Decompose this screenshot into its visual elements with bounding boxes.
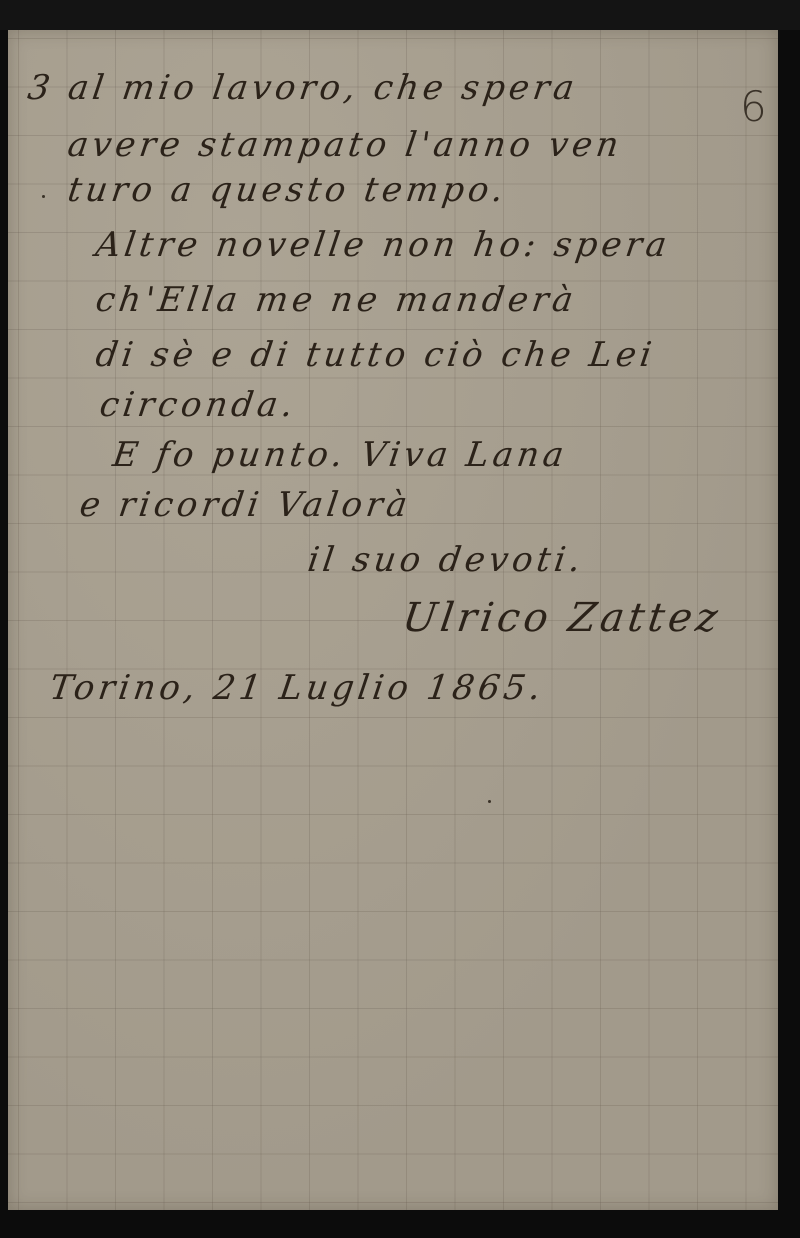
letter-signature: Ulrico Zattez (400, 595, 725, 641)
letter-line-7: circonda. (97, 385, 299, 425)
scan-border-top (0, 0, 800, 30)
ink-speck (488, 800, 491, 803)
letter-line-1: 3 al mio lavoro, che spera (25, 68, 580, 108)
ink-speck (42, 195, 45, 198)
folio-number: 6 (740, 82, 767, 131)
letter-place-date: Torino, 21 Luglio 1865. (47, 668, 547, 708)
letter-line-3: turo a questo tempo. (65, 170, 509, 210)
letter-line-6: di sè e di tutto ciò che Lei (93, 335, 658, 375)
letter-line-2: avere stampato l'anno ven (65, 125, 625, 165)
letter-sheet: 6 3 al mio lavoro, che spera avere stamp… (8, 30, 778, 1210)
letter-line-4: Altre novelle non ho: spera (93, 225, 673, 265)
letter-closing: il suo devoti. (305, 540, 587, 580)
letter-line-9: e ricordi Valorà (77, 485, 413, 525)
letter-line-8: E fo punto. Viva Lana (110, 435, 570, 475)
letter-line-5: ch'Ella me ne manderà (93, 280, 579, 320)
